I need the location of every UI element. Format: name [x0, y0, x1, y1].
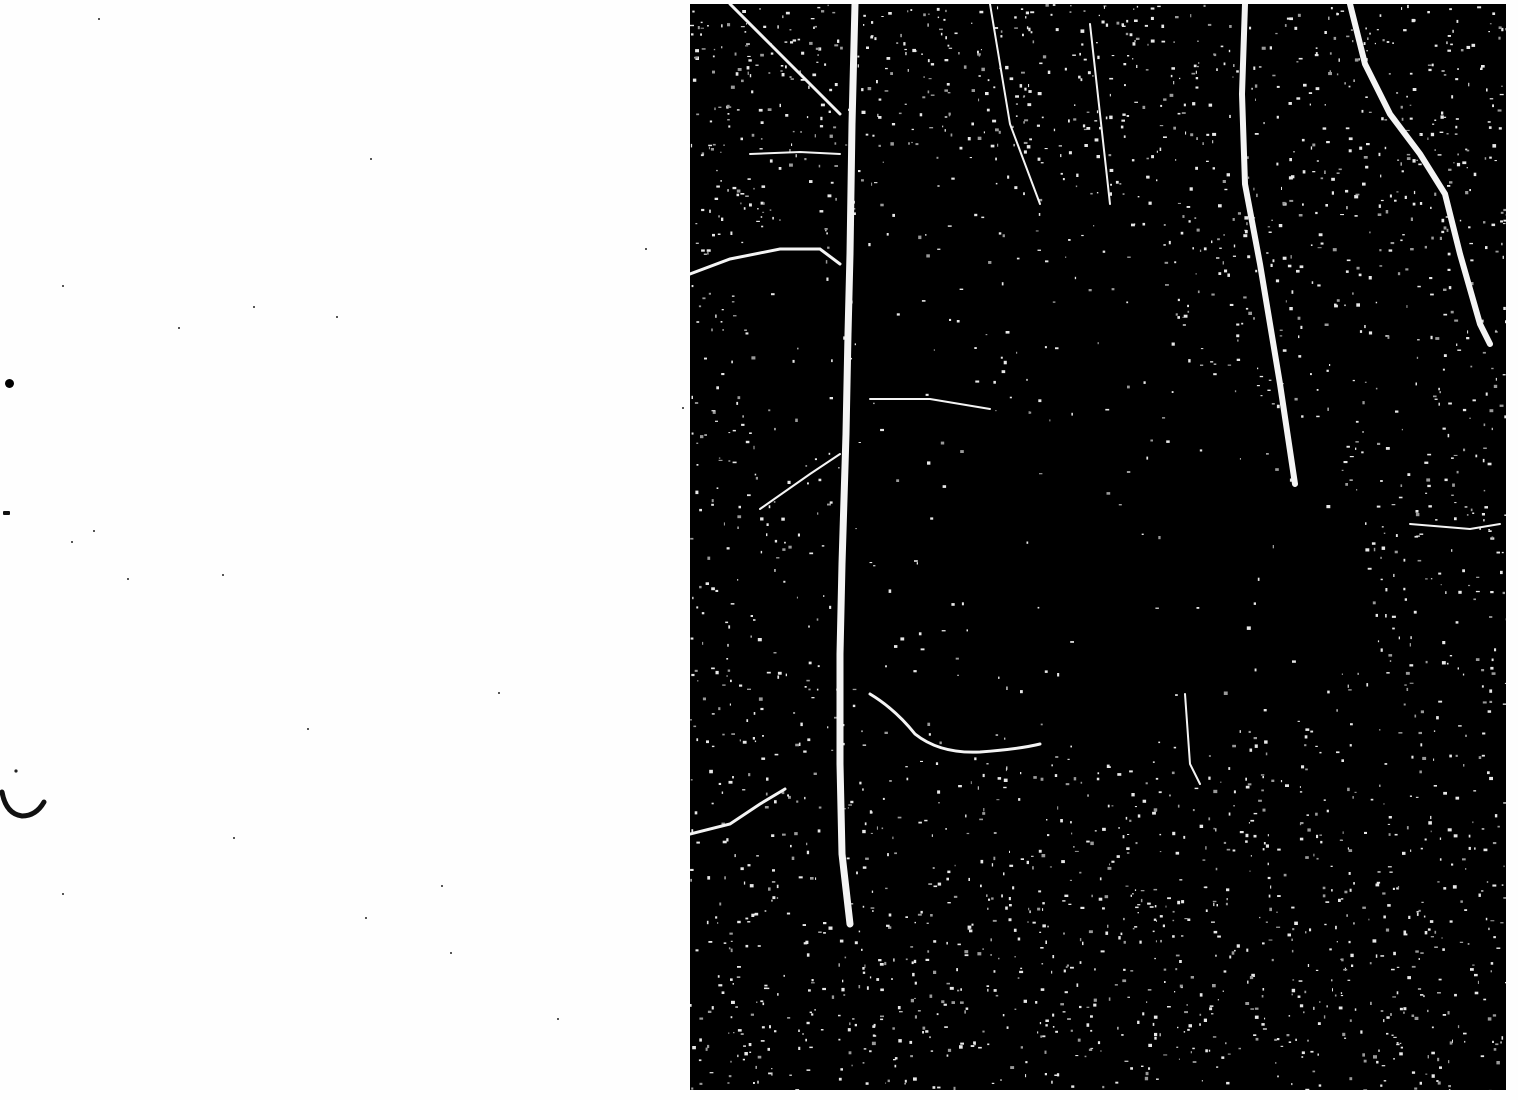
scan-speck [222, 574, 224, 576]
scan-speck [557, 1018, 559, 1020]
forest-image [690, 4, 1506, 1090]
scan-speck [98, 18, 100, 20]
scan-speck [62, 893, 64, 895]
scan-speck [450, 952, 452, 954]
curved-mark [0, 752, 48, 824]
scan-speck [93, 530, 95, 532]
scan-speck [441, 885, 443, 887]
scan-speck [645, 248, 647, 250]
scan-speck [127, 578, 129, 580]
scanned-page [0, 0, 1518, 1100]
scan-speck [62, 285, 64, 287]
scan-speck [370, 158, 372, 160]
scan-speck [682, 407, 684, 409]
scan-speck [498, 692, 500, 694]
scan-speck [253, 306, 255, 308]
scan-speck [336, 316, 338, 318]
dash-mark [3, 511, 10, 515]
bullet-dot-mark [5, 379, 14, 388]
scan-speck [233, 837, 235, 839]
scan-speck [178, 327, 180, 329]
forest-photograph [690, 4, 1506, 1090]
scan-speck [365, 917, 367, 919]
scan-speck [71, 541, 73, 543]
scan-speck [307, 728, 309, 730]
